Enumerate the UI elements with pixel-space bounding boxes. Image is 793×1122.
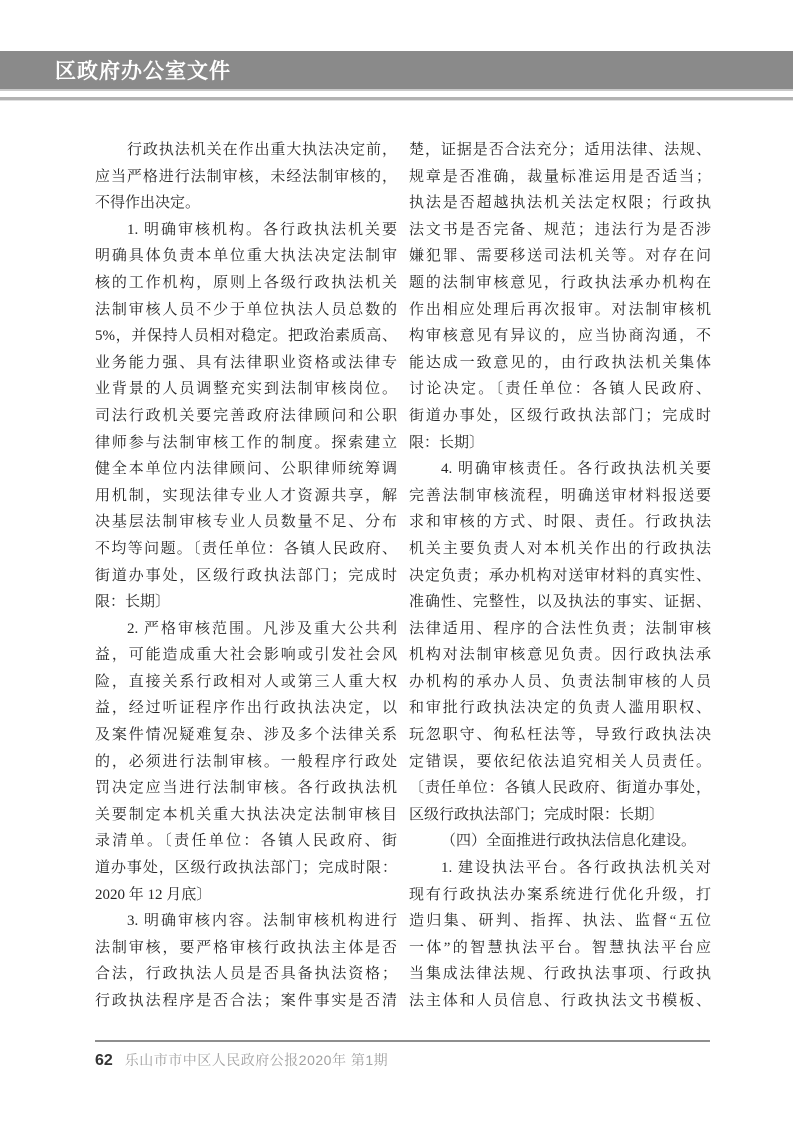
text-line: （四）全面推进行政执法信息化建设。 bbox=[409, 828, 711, 855]
text-line: 不均等问题。〔责任单位：各镇人民政府、 bbox=[95, 536, 397, 563]
text-line: 法文书是否完备、规范；违法行为是否涉 bbox=[409, 217, 711, 244]
text-line: 区级行政执法部门；完成时限：长期〕 bbox=[409, 802, 711, 829]
text-line: 机关主要负责人对本机关作出的行政执法 bbox=[409, 536, 711, 563]
text-line: 法主体和人员信息、行政执法文书模板、 bbox=[409, 988, 711, 1015]
footer-rule bbox=[95, 1040, 710, 1042]
text-line: 的，必须进行法制审核。一般程序行政处 bbox=[95, 749, 397, 776]
text-line: 罚决定应当进行法制审核。各行政执法机 bbox=[95, 775, 397, 802]
text-line: 机构对法制审核意见负责。因行政执法承 bbox=[409, 642, 711, 669]
text-line: 现有行政执法办案系统进行优化升级，打 bbox=[409, 882, 711, 909]
text-line: 益，可能造成重大社会影响或引发社会风 bbox=[95, 642, 397, 669]
text-line: 决基层法制审核专业人员数量不足、分布 bbox=[95, 509, 397, 536]
text-line: 险，直接关系行政相对人或第三人重大权 bbox=[95, 669, 397, 696]
text-line: 讨论决定。〔责任单位：各镇人民政府、 bbox=[409, 376, 711, 403]
text-column-left: 行政执法机关在作出重大执法决定前，应当严格进行法制审核，未经法制审核的，不得作出… bbox=[95, 137, 397, 1015]
text-line: 法律适用、程序的合法性负责；法制审核 bbox=[409, 616, 711, 643]
text-line: 1. 建设执法平台。各行政执法机关对 bbox=[409, 855, 711, 882]
header-banner: 区政府办公室文件 bbox=[0, 51, 793, 91]
text-line: 用机制，实现法律专业人才资源共享，解 bbox=[95, 483, 397, 510]
text-line: 准确性、完整性，以及执法的事实、证据、 bbox=[409, 589, 711, 616]
text-line: 嫌犯罪、需要移送司法机关等。对存在问 bbox=[409, 243, 711, 270]
text-line: 2. 严格审核范围。凡涉及重大公共利 bbox=[95, 616, 397, 643]
text-line: 道办事处，区级行政执法部门；完成时限： bbox=[95, 855, 397, 882]
text-line: 明确具体负责本单位重大执法决定法制审 bbox=[95, 243, 397, 270]
text-line: 街道办事处，区级行政执法部门；完成时 bbox=[95, 563, 397, 590]
text-line: 不得作出决定。 bbox=[95, 190, 397, 217]
page-footer: 62 乐山市市中区人民政府公报2020年 第1期 bbox=[95, 1050, 710, 1070]
text-line: 完善法制审核流程，明确送审材料报送要 bbox=[409, 483, 711, 510]
text-line: 5%，并保持人员相对稳定。把政治素质高、 bbox=[95, 323, 397, 350]
banner-title: 区政府办公室文件 bbox=[55, 55, 231, 85]
text-line: 作出相应处理后再次报审。对法制审核机 bbox=[409, 297, 711, 324]
text-line: 限：长期〕 bbox=[409, 430, 711, 457]
text-line: 执法是否超越执法机关法定权限；行政执 bbox=[409, 190, 711, 217]
text-line: 行政执法程序是否合法；案件事实是否清 bbox=[95, 988, 397, 1015]
text-line: 关要制定本机关重大执法决定法制审核目 bbox=[95, 802, 397, 829]
text-line: 业背景的人员调整充实到法制审核岗位。 bbox=[95, 376, 397, 403]
text-line: 及案件情况疑难复杂、涉及多个法律关系 bbox=[95, 722, 397, 749]
text-line: 法制审核人员不少于单位执法人员总数的 bbox=[95, 297, 397, 324]
text-line: 定错误，要依纪依法追究相关人员责任。 bbox=[409, 749, 711, 776]
header-rule bbox=[0, 97, 793, 101]
text-line: 限：长期〕 bbox=[95, 589, 397, 616]
text-line: 决定负责；承办机构对送审材料的真实性、 bbox=[409, 563, 711, 590]
text-line: 〔责任单位：各镇人民政府、街道办事处， bbox=[409, 775, 711, 802]
text-line: 构审核意见有异议的，应当协商沟通，不 bbox=[409, 323, 711, 350]
text-line: 核的工作机构，原则上各级行政执法机关 bbox=[95, 270, 397, 297]
text-line: 办机构的承办人员、负责法制审核的人员 bbox=[409, 669, 711, 696]
text-line: 2020 年 12 月底〕 bbox=[95, 882, 397, 909]
text-line: 益，经过听证程序作出行政执法决定，以 bbox=[95, 695, 397, 722]
text-line: 3. 明确审核内容。法制审核机构进行 bbox=[95, 908, 397, 935]
text-line: 1. 明确审核机构。各行政执法机关要 bbox=[95, 217, 397, 244]
text-line: 业务能力强、具有法律职业资格或法律专 bbox=[95, 350, 397, 377]
text-line: 街道办事处，区级行政执法部门；完成时 bbox=[409, 403, 711, 430]
footer-gazette-title: 乐山市市中区人民政府公报2020年 第1期 bbox=[125, 1050, 388, 1070]
text-line: 法制审核，要严格审核行政执法主体是否 bbox=[95, 935, 397, 962]
text-line: 玩忽职守、徇私枉法等，导致行政执法决 bbox=[409, 722, 711, 749]
text-line: 造归集、研判、指挥、执法、监督“五位 bbox=[409, 908, 711, 935]
text-line: 司法行政机关要完善政府法律顾问和公职 bbox=[95, 403, 397, 430]
text-line: 能达成一致意见的，由行政执法机关集体 bbox=[409, 350, 711, 377]
text-line: 4. 明确审核责任。各行政执法机关要 bbox=[409, 456, 711, 483]
text-line: 健全本单位内法律顾问、公职律师统筹调 bbox=[95, 456, 397, 483]
text-line: 行政执法机关在作出重大执法决定前， bbox=[95, 137, 397, 164]
text-line: 一体”的智慧执法平台。智慧执法平台应 bbox=[409, 935, 711, 962]
text-line: 题的法制审核意见，行政执法承办机构在 bbox=[409, 270, 711, 297]
text-line: 当集成法律法规、行政执法事项、行政执 bbox=[409, 961, 711, 988]
text-line: 律师参与法制审核工作的制度。探索建立 bbox=[95, 430, 397, 457]
text-line: 楚，证据是否合法充分；适用法律、法规、 bbox=[409, 137, 711, 164]
text-line: 和审批行政执法决定的负责人滥用职权、 bbox=[409, 695, 711, 722]
text-line: 录清单。〔责任单位：各镇人民政府、街 bbox=[95, 828, 397, 855]
document-page: 区政府办公室文件 行政执法机关在作出重大执法决定前，应当严格进行法制审核，未经法… bbox=[0, 0, 793, 1122]
text-line: 应当严格进行法制审核，未经法制审核的， bbox=[95, 164, 397, 191]
page-number: 62 bbox=[95, 1052, 113, 1070]
text-column-right: 楚，证据是否合法充分；适用法律、法规、规章是否准确，裁量标准运用是否适当；执法是… bbox=[409, 137, 711, 1015]
text-line: 求和审核的方式、时限、责任。行政执法 bbox=[409, 509, 711, 536]
text-line: 规章是否准确，裁量标准运用是否适当； bbox=[409, 164, 711, 191]
text-line: 合法，行政执法人员是否具备执法资格； bbox=[95, 961, 397, 988]
document-body: 行政执法机关在作出重大执法决定前，应当严格进行法制审核，未经法制审核的，不得作出… bbox=[95, 137, 711, 1015]
